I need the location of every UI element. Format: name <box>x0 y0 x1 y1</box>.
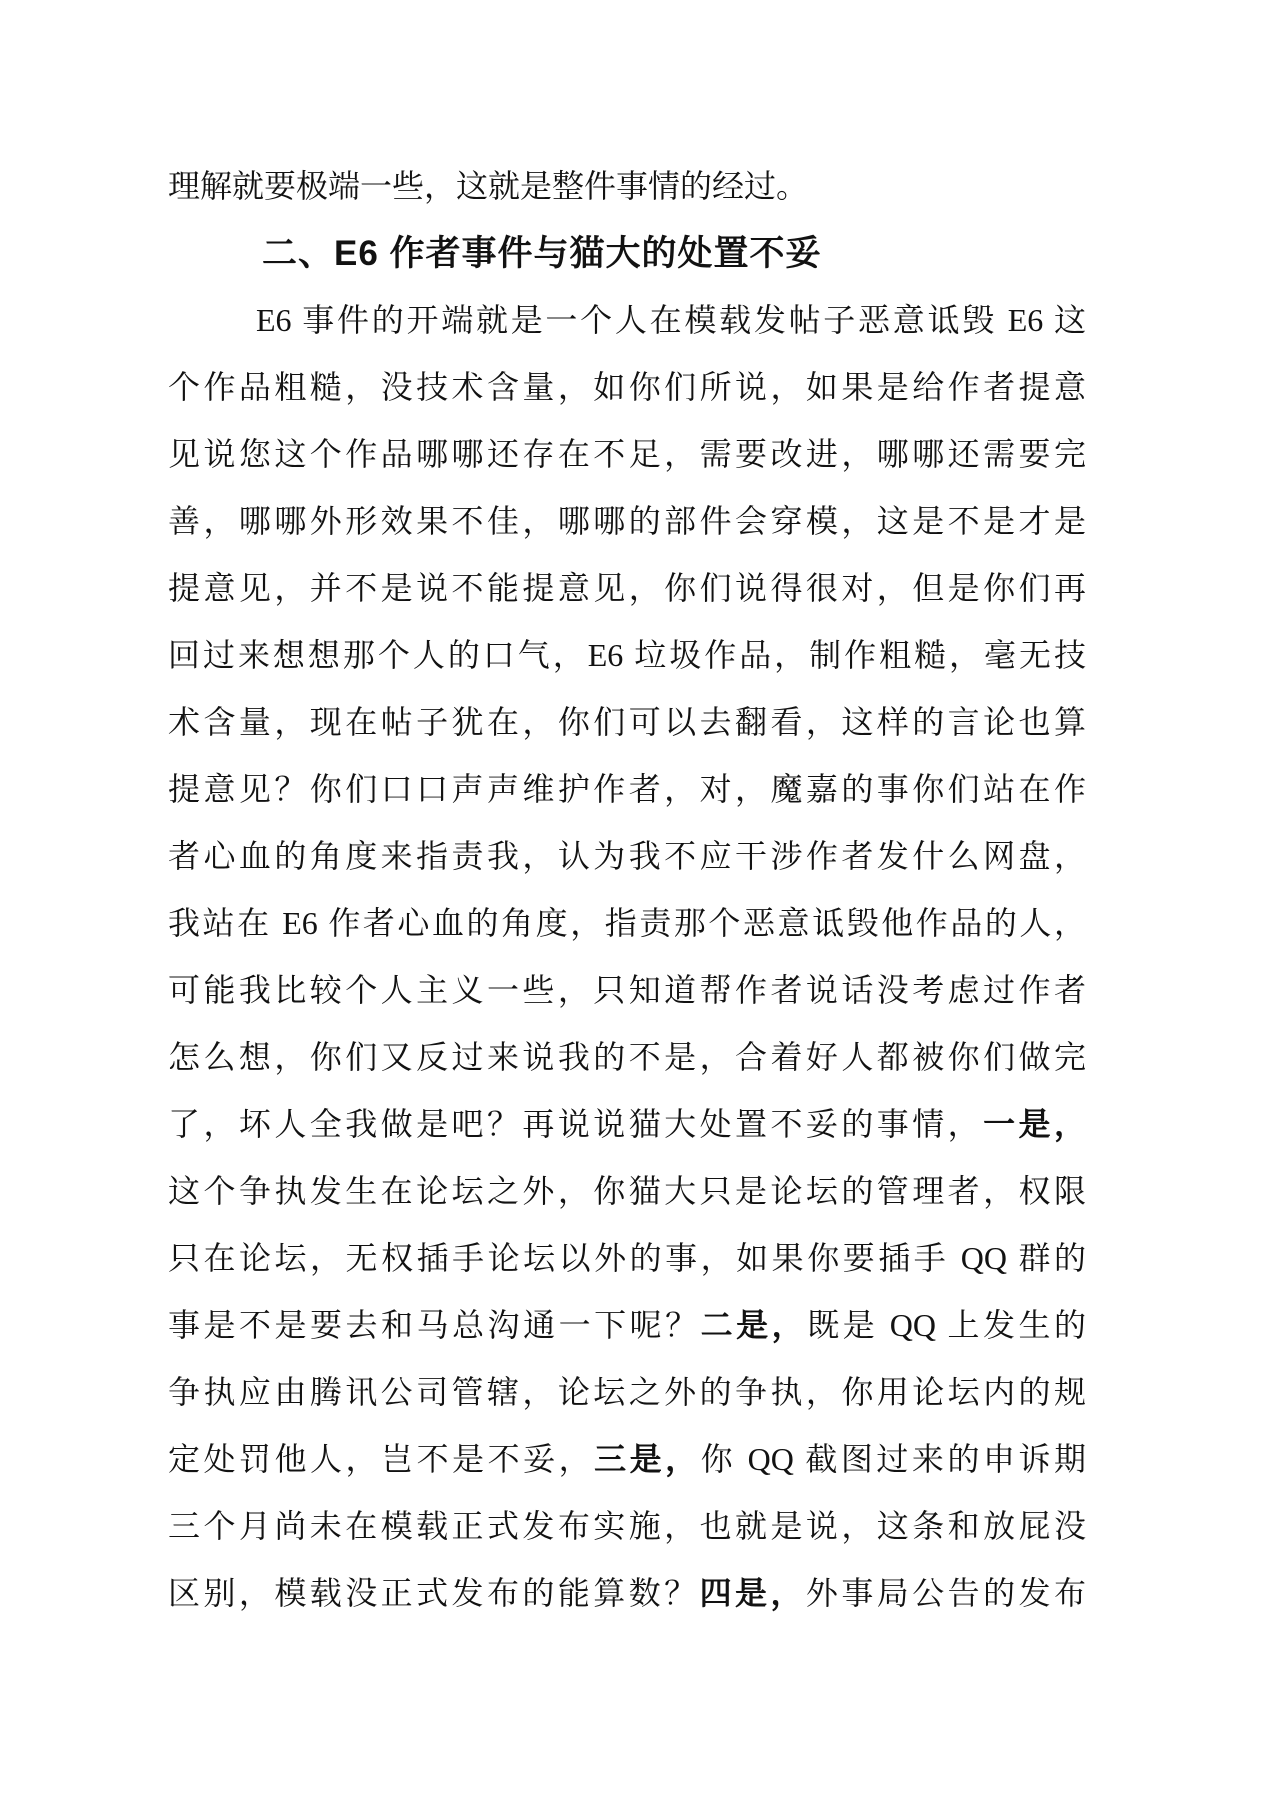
text-line: 定处罚他人，岂不是不妥，三是，你 QQ 截图过来的申诉期 <box>168 1426 1086 1493</box>
document-page: 理解就要极端一些，这就是整件事情的经过。二、E6 作者事件与猫大的处置不妥E6 … <box>0 0 1281 1812</box>
text-segment: 回过来想想那个人的口气，E6 垃圾作品，制作粗糙，毫无技 <box>168 637 1086 673</box>
text-line: 这个争执发生在论坛之外，你猫大只是论坛的管理者，权限 <box>168 1158 1086 1225</box>
text-segment: 既是 QQ 上发生的 <box>807 1307 1086 1343</box>
text-segment: 你 QQ 截图过来的申诉期 <box>701 1441 1086 1477</box>
text-line: 争执应由腾讯公司管辖，论坛之外的争执，你用论坛内的规 <box>168 1359 1086 1426</box>
text-line: 了，坏人全我做是吧？再说说猫大处置不妥的事情，一是， <box>168 1091 1086 1158</box>
text-segment: 定处罚他人，岂不是不妥， <box>168 1441 594 1477</box>
text-line: 只在论坛，无权插手论坛以外的事，如果你要插手 QQ 群的 <box>168 1225 1086 1292</box>
text-line: 三个月尚未在模载正式发布实施，也就是说，这条和放屁没 <box>168 1493 1086 1560</box>
text-line: 见说您这个作品哪哪还存在不足，需要改进，哪哪还需要完 <box>168 421 1086 488</box>
text-segment: 可能我比较个人主义一些，只知道帮作者说话没考虑过作者 <box>168 972 1086 1008</box>
bold-text-segment: 一是， <box>983 1106 1086 1142</box>
bold-text-segment: 二是， <box>701 1307 808 1343</box>
text-line: 理解就要极端一些，这就是整件事情的经过。 <box>168 153 1086 220</box>
text-segment: 二、E6 作者事件与猫大的处置不妥 <box>262 234 822 273</box>
text-segment: 理解就要极端一些，这就是整件事情的经过。 <box>168 168 808 204</box>
text-segment: 提意见？你们口口声声维护作者，对，魔嘉的事你们站在作 <box>168 771 1086 807</box>
text-line: 事是不是要去和马总沟通一下呢？二是，既是 QQ 上发生的 <box>168 1292 1086 1359</box>
text-segment: 个作品粗糙，没技术含量，如你们所说，如果是给作者提意 <box>168 369 1086 405</box>
text-segment: 见说您这个作品哪哪还存在不足，需要改进，哪哪还需要完 <box>168 436 1086 472</box>
text-segment: 争执应由腾讯公司管辖，论坛之外的争执，你用论坛内的规 <box>168 1374 1086 1410</box>
text-segment: 三个月尚未在模载正式发布实施，也就是说，这条和放屁没 <box>168 1508 1086 1544</box>
text-segment: 只在论坛，无权插手论坛以外的事，如果你要插手 QQ 群的 <box>168 1240 1086 1276</box>
text-segment: 这个争执发生在论坛之外，你猫大只是论坛的管理者，权限 <box>168 1173 1086 1209</box>
text-segment: 了，坏人全我做是吧？再说说猫大处置不妥的事情， <box>168 1106 983 1142</box>
text-segment: 提意见，并不是说不能提意见，你们说得很对，但是你们再 <box>168 570 1086 606</box>
text-line: 者心血的角度来指责我，认为我不应干涉作者发什么网盘， <box>168 823 1086 890</box>
text-segment: 善，哪哪外形效果不佳，哪哪的部件会穿模，这是不是才是 <box>168 503 1086 539</box>
text-segment: 事是不是要去和马总沟通一下呢？ <box>168 1307 701 1343</box>
text-line: 提意见，并不是说不能提意见，你们说得很对，但是你们再 <box>168 555 1086 622</box>
text-segment: 外事局公告的发布 <box>806 1575 1086 1611</box>
text-line: 术含量，现在帖子犹在，你们可以去翻看，这样的言论也算 <box>168 689 1086 756</box>
bold-text-segment: 三是， <box>594 1441 701 1477</box>
text-line: 区别，模载没正式发布的能算数？四是，外事局公告的发布 <box>168 1560 1086 1627</box>
text-segment: 我站在 E6 作者心血的角度，指责那个恶意诋毁他作品的人， <box>168 905 1086 941</box>
text-segment: 区别，模载没正式发布的能算数？ <box>168 1575 700 1611</box>
section-heading: 二、E6 作者事件与猫大的处置不妥 <box>168 220 1086 287</box>
text-segment: 术含量，现在帖子犹在，你们可以去翻看，这样的言论也算 <box>168 704 1086 740</box>
text-segment: 者心血的角度来指责我，认为我不应干涉作者发什么网盘， <box>168 838 1086 874</box>
text-line: 善，哪哪外形效果不佳，哪哪的部件会穿模，这是不是才是 <box>168 488 1086 555</box>
text-line: 回过来想想那个人的口气，E6 垃圾作品，制作粗糙，毫无技 <box>168 622 1086 689</box>
text-line: 提意见？你们口口声声维护作者，对，魔嘉的事你们站在作 <box>168 756 1086 823</box>
document-body: 理解就要极端一些，这就是整件事情的经过。二、E6 作者事件与猫大的处置不妥E6 … <box>168 153 1086 1627</box>
text-segment: 怎么想，你们又反过来说我的不是，合着好人都被你们做完 <box>168 1039 1086 1075</box>
text-line: 我站在 E6 作者心血的角度，指责那个恶意诋毁他作品的人， <box>168 890 1086 957</box>
text-line: E6 事件的开端就是一个人在模载发帖子恶意诋毁 E6 这 <box>168 287 1086 354</box>
text-segment: E6 事件的开端就是一个人在模载发帖子恶意诋毁 E6 这 <box>256 302 1086 338</box>
text-line: 怎么想，你们又反过来说我的不是，合着好人都被你们做完 <box>168 1024 1086 1091</box>
bold-text-segment: 四是， <box>700 1575 806 1611</box>
text-line: 个作品粗糙，没技术含量，如你们所说，如果是给作者提意 <box>168 354 1086 421</box>
text-line: 可能我比较个人主义一些，只知道帮作者说话没考虑过作者 <box>168 957 1086 1024</box>
